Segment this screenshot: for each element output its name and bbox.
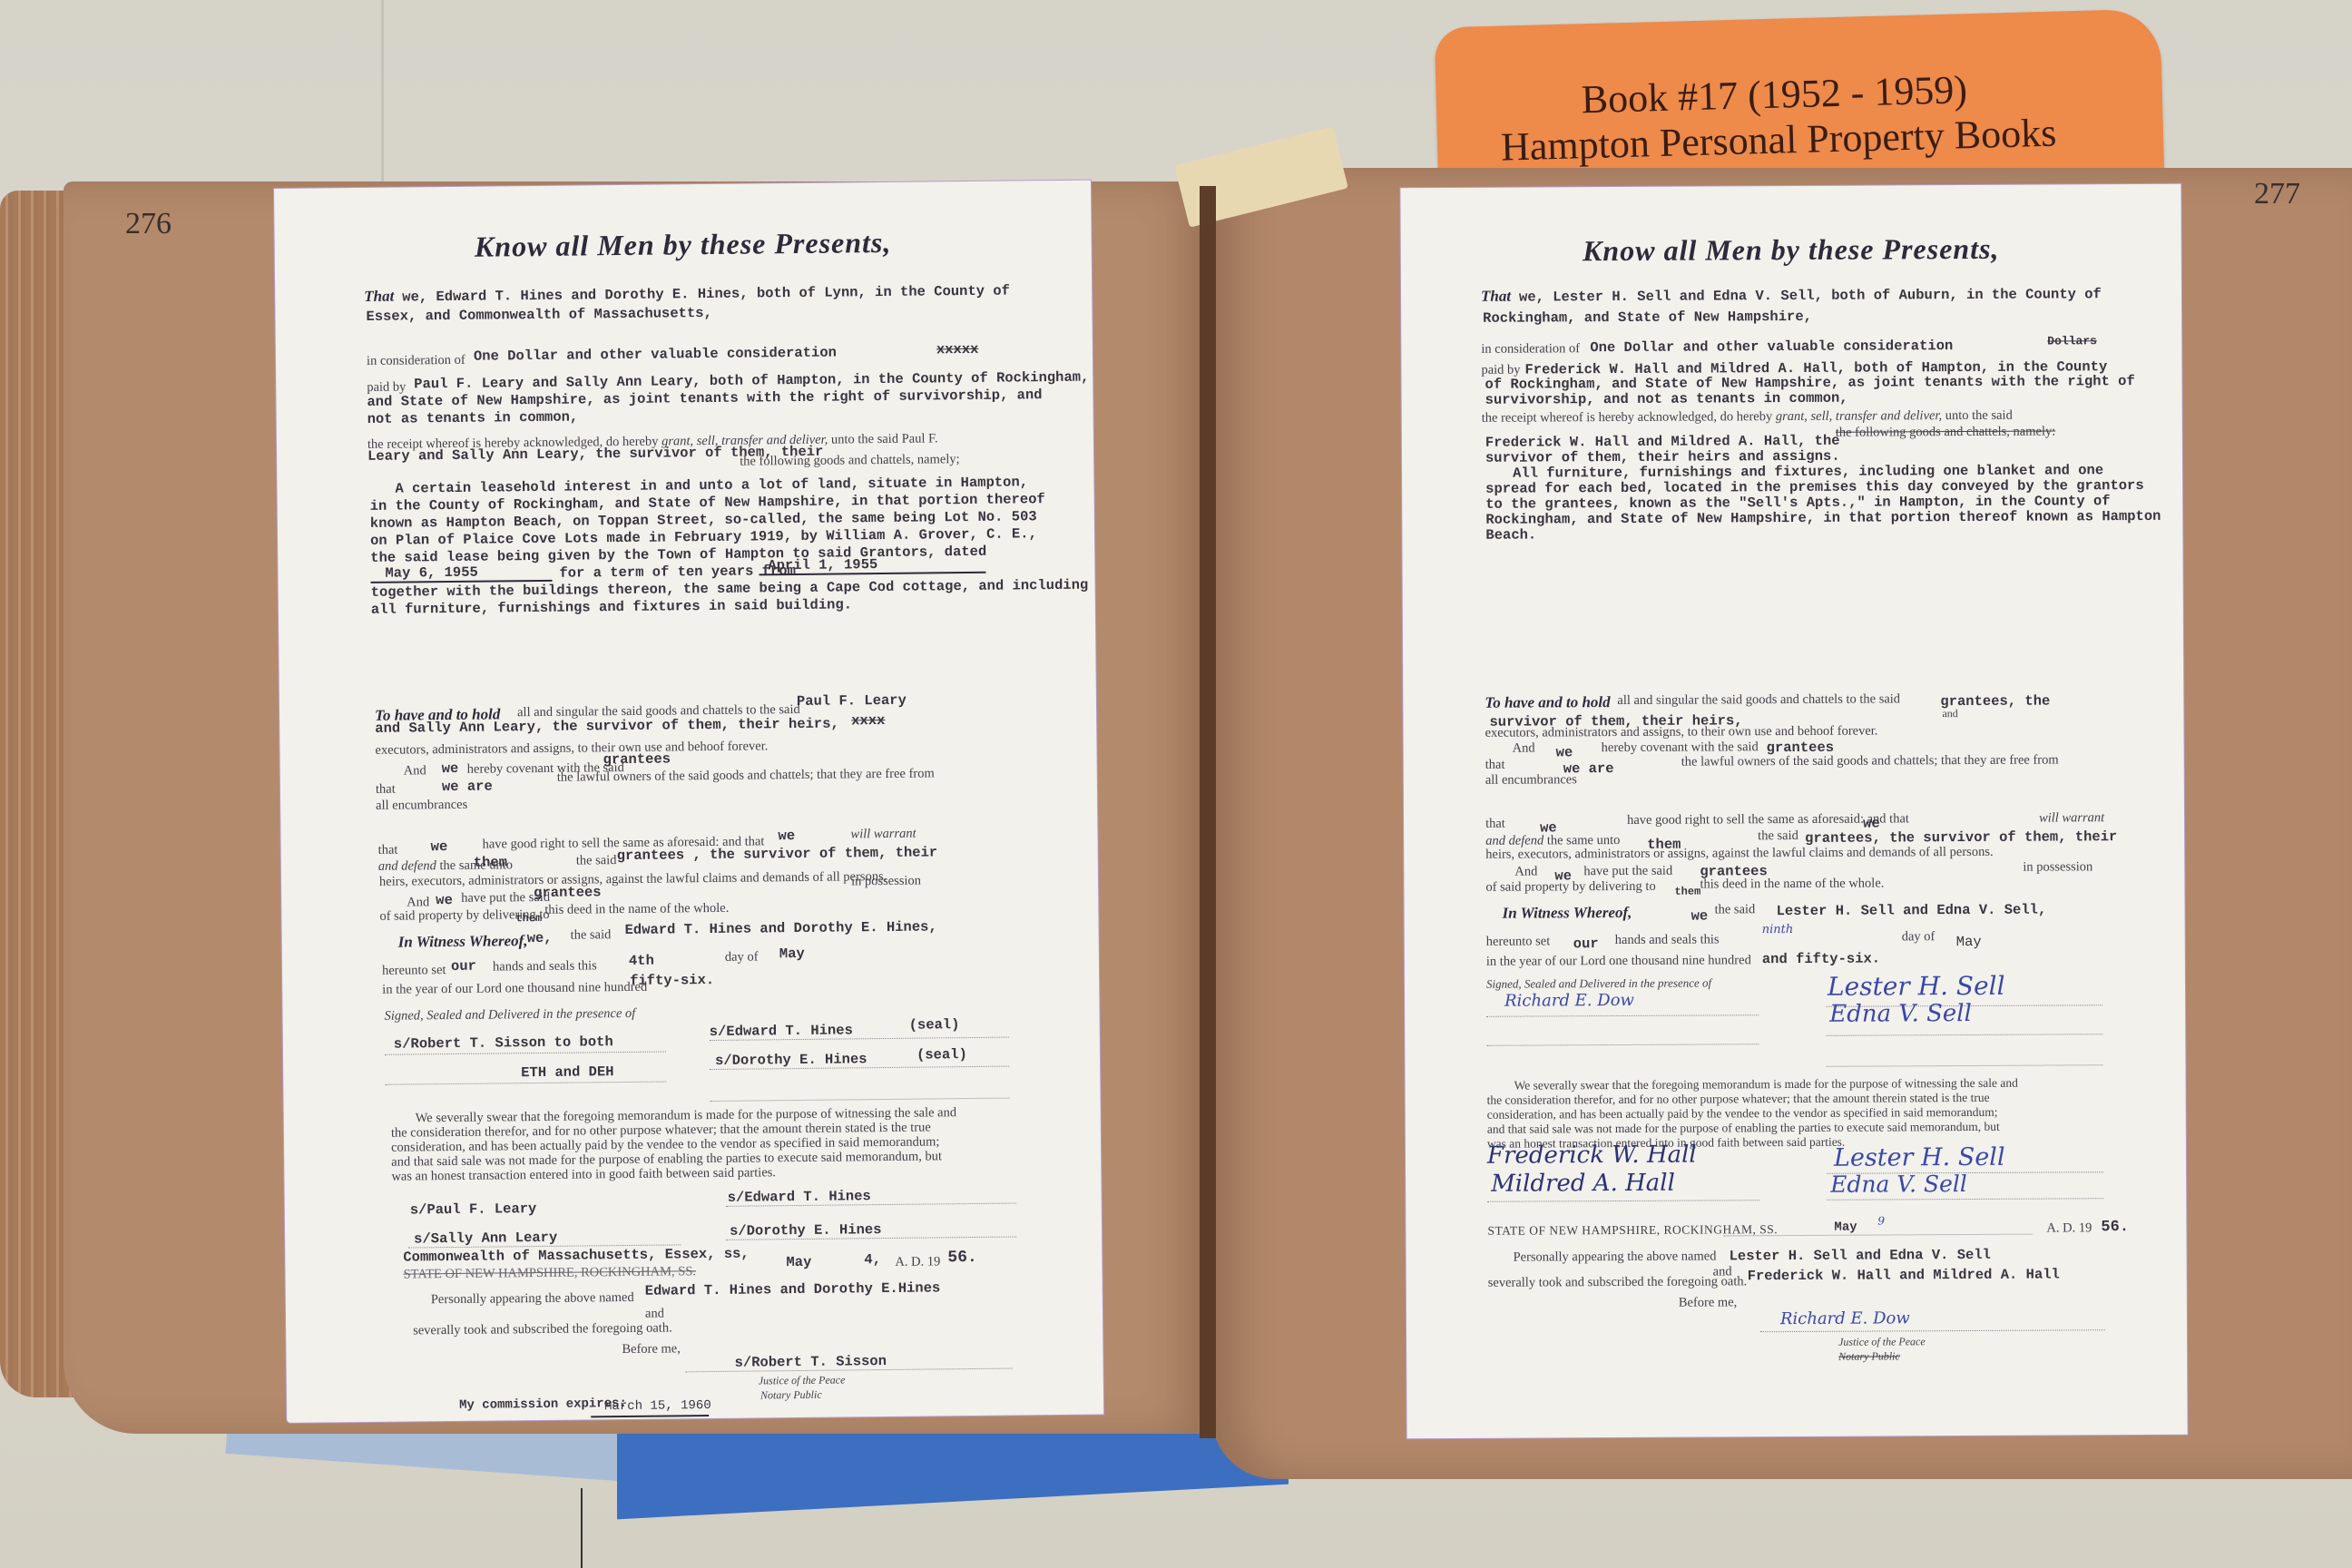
personally: Personally appearing the above named bbox=[431, 1290, 634, 1308]
delivering-them: them bbox=[1674, 886, 1700, 898]
encumbrances: all encumbrances bbox=[376, 798, 467, 814]
covenant-grantees: grantees bbox=[603, 750, 671, 768]
commission-underline bbox=[591, 1415, 709, 1417]
encumbrances: all encumbrances bbox=[1485, 772, 1577, 789]
witness-names: Lester H. Sell and Edna V. Sell, bbox=[1777, 902, 2047, 920]
consideration-label: in consideration of bbox=[367, 353, 465, 369]
witness-said: the said bbox=[571, 927, 612, 943]
in-possession: in possession bbox=[851, 874, 921, 890]
body-line-6: for a term of ten years from bbox=[559, 563, 796, 582]
that-word-2: that bbox=[378, 843, 398, 858]
that-word-2: that bbox=[1485, 817, 1505, 832]
that-word: that bbox=[1485, 758, 1505, 773]
put-and: And bbox=[1514, 864, 1537, 879]
witness-line-2 bbox=[385, 1082, 666, 1085]
notary-line bbox=[1760, 1329, 2105, 1332]
oath-sig-left-1: s/Paul F. Leary bbox=[410, 1200, 537, 1218]
signed-sealed: Signed, Sealed and Delivered in the pres… bbox=[384, 1006, 635, 1024]
them-word: them bbox=[474, 854, 507, 870]
grantees-line3: not as tenants in common, bbox=[367, 409, 579, 427]
deed-title: Know all Men by these Presents, bbox=[275, 224, 1092, 266]
will-warrant: will warrant bbox=[850, 827, 916, 843]
witness-signature-1: s/Robert T. Sisson to both bbox=[394, 1034, 613, 1053]
body-line-5: Beach. bbox=[1485, 526, 1536, 543]
grantors-line1: we, Lester H. Sell and Edna V. Sell, bot… bbox=[1519, 286, 2102, 305]
commission-date: March 15, 1960 bbox=[604, 1398, 711, 1414]
the-said: the said bbox=[1758, 828, 1798, 844]
and-defend-text: and defend bbox=[378, 858, 436, 874]
day-value: 4th bbox=[629, 953, 654, 969]
covenant-we: we bbox=[442, 760, 459, 777]
day-of: day of bbox=[1902, 929, 1935, 945]
habendum-strike: xxxx bbox=[851, 712, 885, 729]
following-label: the following goods and chattels, namely… bbox=[740, 452, 960, 470]
grantees-survivor: grantees, the survivor of them, their bbox=[1805, 828, 2117, 847]
ack-ad: A. D. 19 bbox=[2046, 1220, 2092, 1236]
seal-1: (seal) bbox=[909, 1016, 960, 1034]
day-of: day of bbox=[725, 949, 759, 965]
notary-label: Notary Public bbox=[1838, 1349, 1900, 1363]
personally-names: Lester H. Sell and Edna V. Sell bbox=[1730, 1247, 1991, 1265]
severally: severally took and subscribed the forego… bbox=[1488, 1274, 1748, 1290]
oath-sig-right-2: s/Dorothy E. Hines bbox=[730, 1221, 882, 1240]
oath-sig-left-2: Mildred A. Hall bbox=[1491, 1170, 1675, 1198]
notary-label: Notary Public bbox=[760, 1388, 822, 1403]
oath-line-5: was an honest transaction entered into i… bbox=[391, 1165, 776, 1184]
oath-right-line-2 bbox=[1827, 1198, 2103, 1200]
venue: Commonwealth of Massachusetts, Essex, ss… bbox=[403, 1246, 750, 1266]
oath-sig-right-1: s/Edward T. Hines bbox=[728, 1188, 871, 1206]
consideration-strike: xxxxx bbox=[936, 341, 979, 358]
notary-text: Notary Public bbox=[760, 1388, 822, 1402]
delivering-them: them bbox=[515, 912, 542, 925]
heirs-line: heirs, executors, administrators or assi… bbox=[1485, 845, 1993, 863]
month-value: May bbox=[1956, 934, 1982, 950]
deed-whole: this deed in the name of the whole. bbox=[1700, 876, 1884, 892]
consideration-value: One Dollar and other valuable considerat… bbox=[474, 345, 837, 365]
that-label: That bbox=[364, 288, 394, 306]
grantor-line-2 bbox=[1826, 1034, 2102, 1036]
grantors-line2: Rockingham, and State of New Hampshire, bbox=[1483, 309, 1812, 327]
consideration-strike: Dollars bbox=[2047, 334, 2097, 348]
signed-sealed-text: Signed, Sealed and Delivered in the pres… bbox=[1486, 975, 1711, 990]
put-grantees: grantees bbox=[534, 884, 602, 901]
lease-date: May 6, 1955 bbox=[385, 564, 478, 582]
ack-day: 4, bbox=[864, 1251, 881, 1268]
will-warrant-text: will warrant bbox=[850, 827, 916, 842]
oath-sig-left-2: s/Sally Ann Leary bbox=[414, 1230, 557, 1248]
consideration-label: in consideration of bbox=[1481, 341, 1580, 358]
put-said: have put the said bbox=[1583, 864, 1672, 880]
personally-names: Edward T. Hines and Dorothy E.Hines bbox=[645, 1279, 941, 1298]
left-page-number: 276 bbox=[125, 207, 171, 241]
grantors-line2: Essex, and Commonwealth of Massachusetts… bbox=[366, 305, 712, 325]
ack-year: 56. bbox=[2101, 1219, 2129, 1236]
grantees-line3: survivorship, and not as tenants in comm… bbox=[1485, 390, 1848, 408]
grantees-survivor: grantees , the survivor of them, their bbox=[617, 844, 938, 864]
grantor-signature-2: Edna V. Sell bbox=[1829, 1000, 1972, 1028]
grantor-signature-1: s/Edward T. Hines bbox=[710, 1022, 853, 1040]
oath-sig-right-2: Edna V. Sell bbox=[1830, 1171, 1967, 1198]
covenant-we: we bbox=[1556, 744, 1573, 760]
delivering: of said property by delivering to bbox=[1485, 879, 1655, 896]
deed-whole: this deed in the name of the whole. bbox=[544, 901, 729, 918]
habendum-label: To have and to hold bbox=[1485, 693, 1610, 712]
wall-seam bbox=[381, 0, 384, 181]
month-value: May bbox=[779, 946, 805, 962]
covenant-and: And bbox=[1513, 740, 1535, 756]
witness-signature: Richard E. Dow bbox=[1504, 991, 1634, 1011]
right-page-number: 277 bbox=[2254, 177, 2300, 211]
the-said: the said bbox=[576, 853, 617, 868]
right-deed-document: Know all Men by these Presents, That we,… bbox=[1400, 184, 2187, 1438]
signed-sealed-text: Signed, Sealed and Delivered in the pres… bbox=[384, 1006, 635, 1024]
and-defend-text: and defend bbox=[1485, 833, 1543, 848]
ack-ad: A. D. 19 bbox=[895, 1254, 940, 1270]
habendum-name: Paul F. Leary bbox=[797, 692, 906, 710]
grantor-signature-2: s/Dorothy E. Hines bbox=[715, 1051, 867, 1069]
year-text: in the year of our Lord one thousand nin… bbox=[1486, 953, 1751, 970]
notary-text: Notary Public bbox=[1838, 1349, 1900, 1362]
executors-line: executors, administrators and assigns, t… bbox=[375, 739, 768, 759]
same-unto: the same unto bbox=[1547, 833, 1621, 848]
witness-label: In Witness Whereof, bbox=[1503, 904, 1632, 923]
witness-names: Edward T. Hines and Dorothy E. Hines, bbox=[624, 918, 936, 938]
grantor-line-3 bbox=[1826, 1064, 2102, 1067]
book-spine bbox=[1200, 186, 1216, 1438]
habendum-text: all and singular the said goods and chat… bbox=[1617, 691, 1900, 709]
put-we: we bbox=[436, 892, 453, 908]
left-deed-document: Know all Men by these Presents, That we,… bbox=[274, 181, 1103, 1423]
witness-line-2 bbox=[1486, 1044, 1759, 1046]
justice-label: Justice of the Peace bbox=[1838, 1335, 1926, 1349]
receipt-end: unto the said Paul F. bbox=[831, 431, 938, 446]
year-value: fifty-six. bbox=[630, 972, 714, 989]
that-label: That bbox=[1481, 288, 1511, 306]
receipt-line: the receipt whereof is hereby acknowledg… bbox=[1482, 408, 2013, 426]
hands-seals: hands and seals this bbox=[1615, 932, 1720, 948]
day-handwritten: ninth bbox=[1762, 923, 1794, 936]
notary-signature: Richard E. Dow bbox=[1780, 1308, 1910, 1328]
that-word: that bbox=[376, 782, 396, 798]
our-word: our bbox=[451, 958, 476, 975]
body-line-4: Rockingham, and State of New Hampshire, … bbox=[1485, 508, 2161, 528]
year-value: and fifty-six. bbox=[1762, 951, 1880, 968]
hands-seals: hands and seals this bbox=[493, 958, 597, 975]
consideration-value: One Dollar and other valuable considerat… bbox=[1590, 338, 1953, 356]
witness-label: In Witness Whereof, bbox=[398, 932, 528, 951]
good-right-we: we bbox=[431, 838, 448, 855]
personally-names-2: Frederick W. Hall and Mildred A. Hall bbox=[1748, 1266, 2060, 1284]
witness-line-1 bbox=[1486, 1014, 1759, 1017]
severally: severally took and subscribed the forego… bbox=[413, 1320, 672, 1338]
lawful-owners: the lawful owners of the said goods and … bbox=[1681, 752, 2059, 769]
ack-year: 56. bbox=[947, 1249, 977, 1267]
witness-we: we bbox=[1691, 907, 1709, 924]
grantors-line1: we, Edward T. Hines and Dorothy E. Hines… bbox=[402, 283, 1010, 306]
in-possession: in possession bbox=[2023, 859, 2092, 875]
grantor-line-3 bbox=[710, 1098, 1010, 1102]
justice-text: Justice of the Peace bbox=[1838, 1335, 1926, 1348]
before-me: Before me, bbox=[622, 1341, 681, 1357]
ack-month: May bbox=[1834, 1220, 1857, 1235]
our-word: our bbox=[1573, 936, 1599, 952]
following-strike: the following goods and chattels, namely… bbox=[1836, 424, 2056, 440]
we-are: we are bbox=[442, 779, 493, 796]
covenant-and: And bbox=[404, 763, 426, 779]
commission-label: My commission expires: bbox=[459, 1396, 627, 1413]
hereunto: hereunto set bbox=[1486, 934, 1551, 949]
personally: Personally appearing the above named bbox=[1514, 1249, 1717, 1265]
seal-2: (seal) bbox=[916, 1046, 967, 1063]
receipt-end: unto the said bbox=[1945, 408, 2013, 423]
year-text: in the year of our Lord one thousand nin… bbox=[382, 980, 647, 998]
oath-sig-right-1: Lester H. Sell bbox=[1834, 1143, 2005, 1172]
oath-line-4: and that said sale was not made for the … bbox=[1487, 1120, 2000, 1137]
term-start: April 1, 1955 bbox=[768, 556, 877, 573]
receipt-text: the receipt whereof is hereby acknowledg… bbox=[1482, 409, 1773, 426]
notary-signature: s/Robert T. Sisson bbox=[734, 1353, 887, 1371]
will-warrant-text: will warrant bbox=[2039, 810, 2104, 825]
justice-label: Justice of the Peace bbox=[759, 1373, 846, 1387]
oath-left-line bbox=[1487, 1200, 1759, 1202]
cable bbox=[581, 1488, 583, 1568]
and-that-we: we bbox=[778, 828, 795, 844]
personally-and: and bbox=[645, 1307, 664, 1322]
venue-strike: STATE OF NEW HAMPSHIRE, ROCKINGHAM, SS. bbox=[403, 1264, 696, 1282]
deed-title: Know all Men by these Presents, bbox=[1401, 231, 2181, 269]
lawful-owners: the lawful owners of the said goods and … bbox=[557, 766, 935, 785]
ack-day: 9 bbox=[1877, 1214, 1885, 1227]
oath-sig-left-1: Frederick W. Hall bbox=[1487, 1142, 1697, 1170]
ack-month: May bbox=[786, 1254, 811, 1270]
receipt-italic: grant, sell, transfer and deliver, bbox=[1776, 408, 1942, 424]
witness-we: we, bbox=[527, 930, 553, 946]
habendum-and: and bbox=[1942, 707, 1957, 720]
signed-sealed: Signed, Sealed and Delivered in the pres… bbox=[1486, 975, 1711, 991]
will-warrant: will warrant bbox=[2039, 810, 2104, 826]
grantor-signature-1: Lester H. Sell bbox=[1828, 971, 2005, 1002]
before-me: Before me, bbox=[1679, 1295, 1738, 1310]
witness-signature-2: ETH and DEH bbox=[521, 1063, 614, 1081]
justice-text: Justice of the Peace bbox=[759, 1373, 846, 1387]
hereunto: hereunto set bbox=[382, 963, 446, 979]
witness-said: the said bbox=[1715, 902, 1756, 917]
